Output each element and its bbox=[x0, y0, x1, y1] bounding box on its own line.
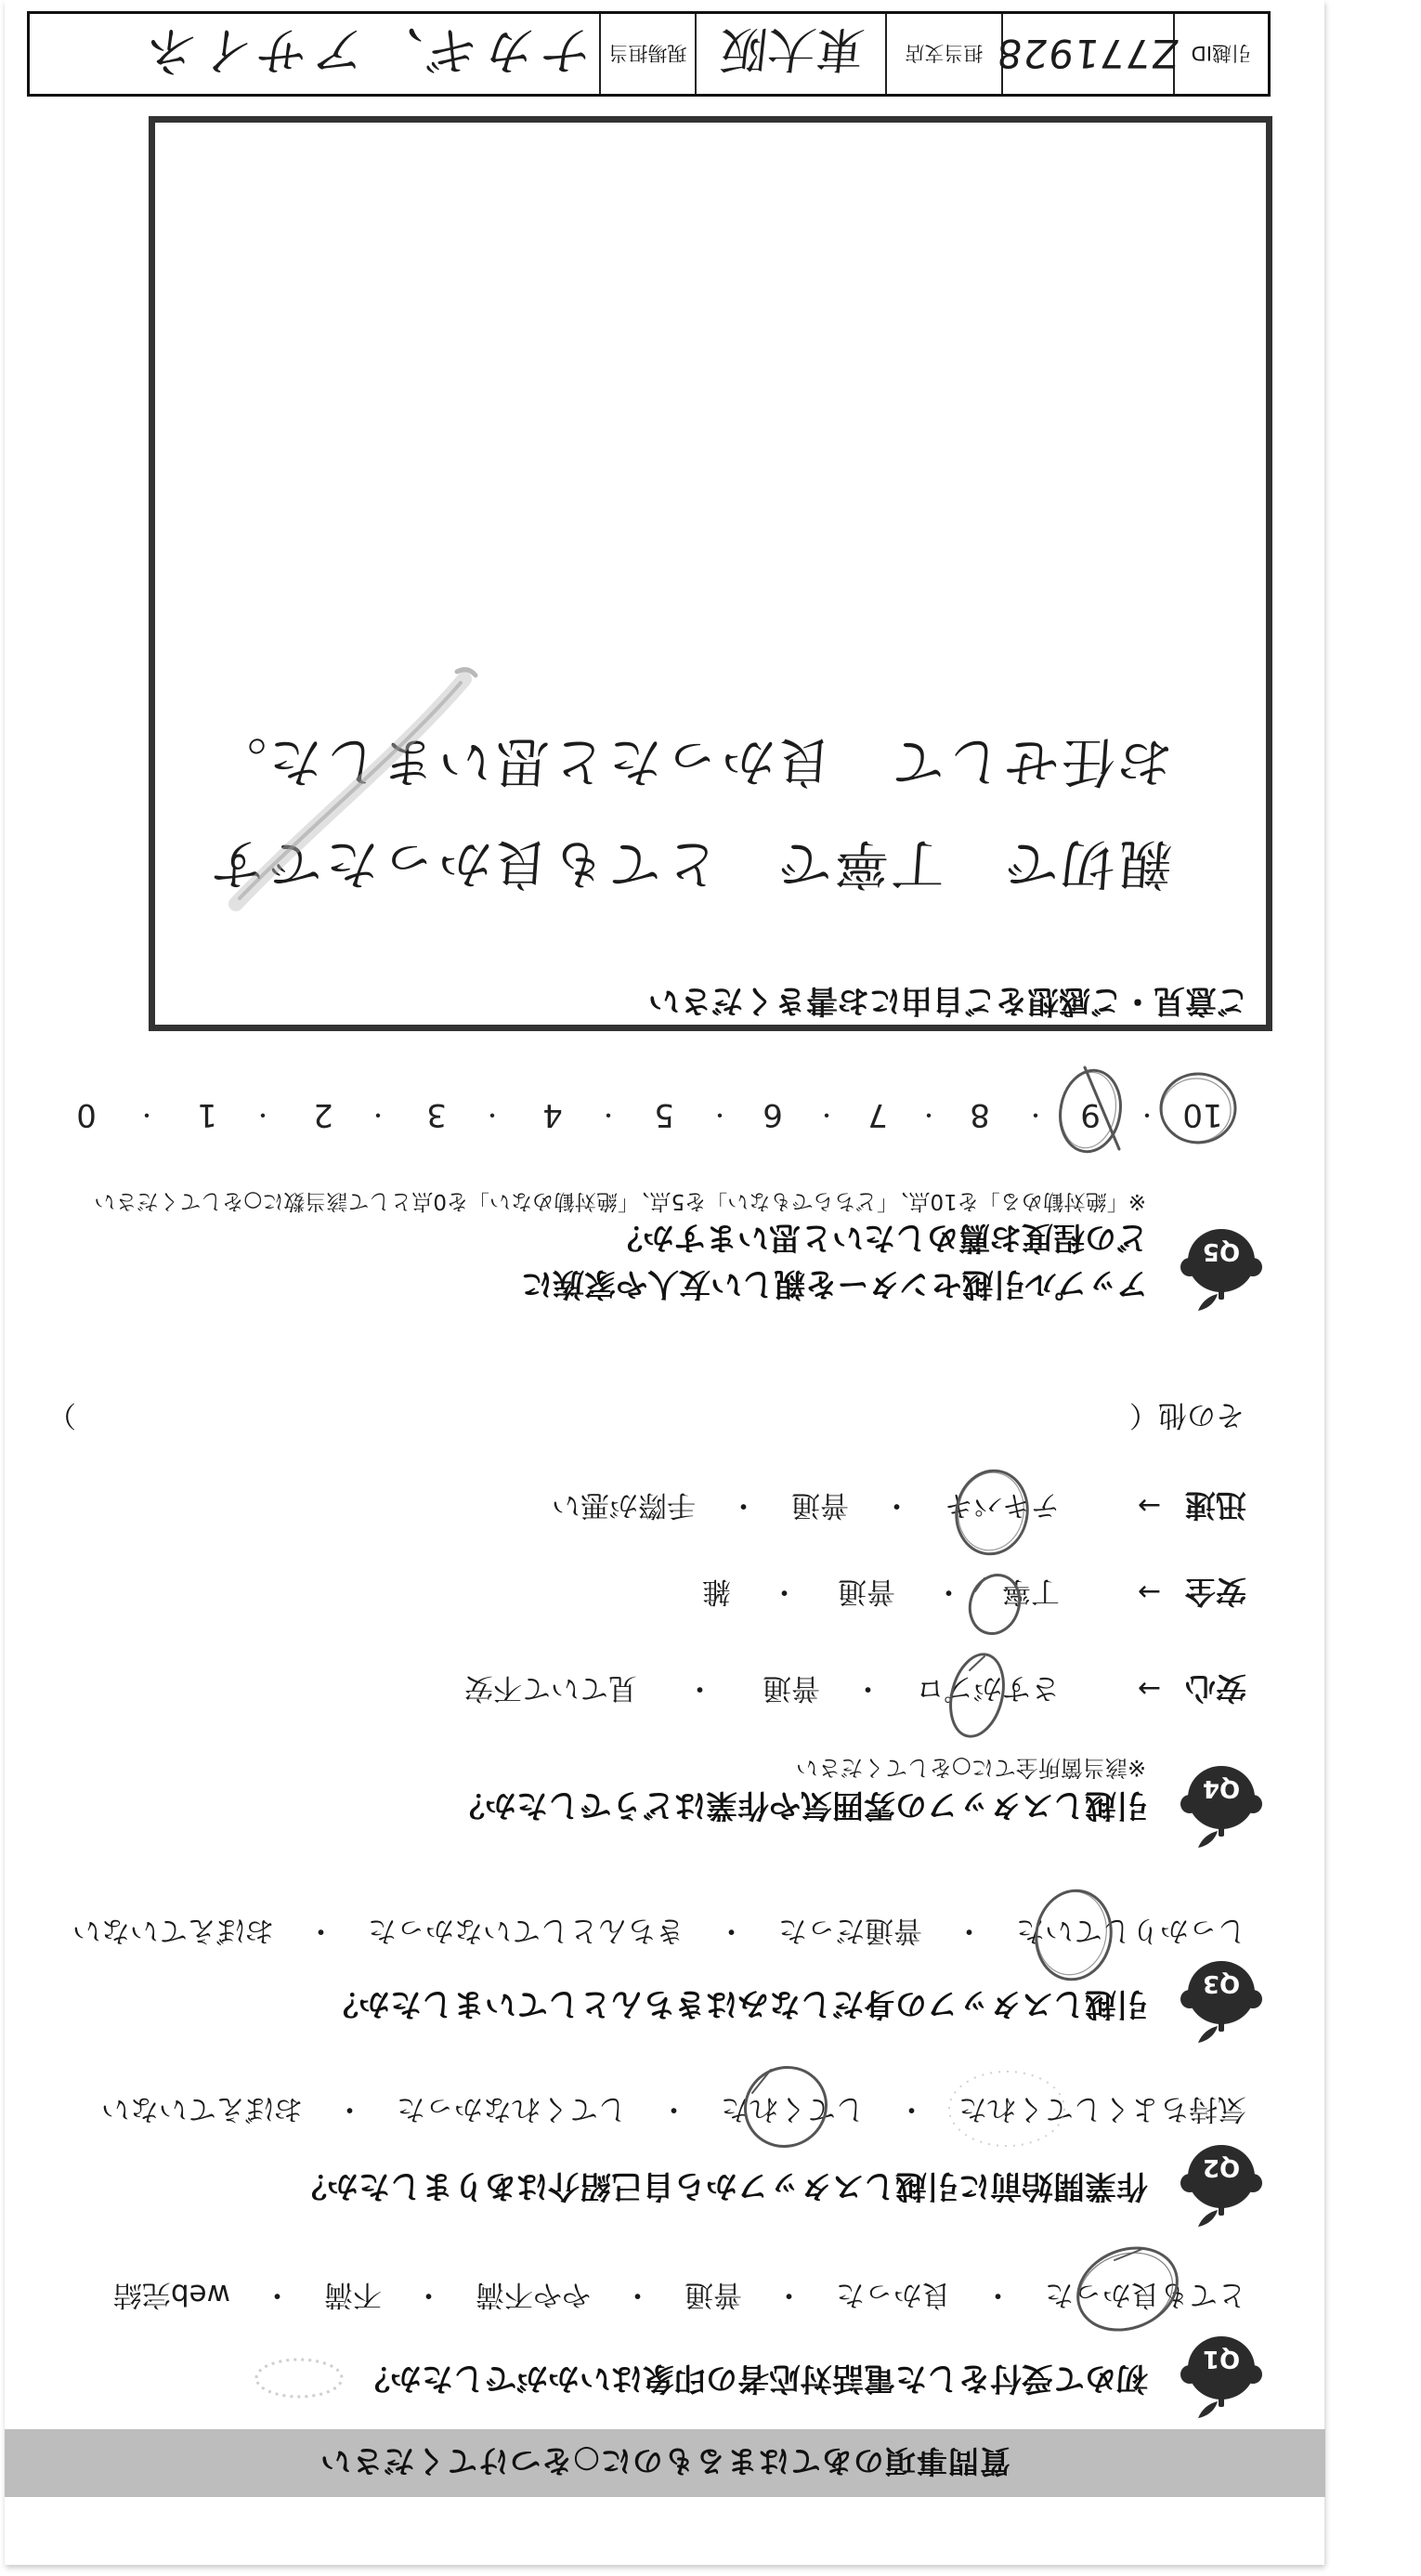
staff-label: 現場担当 bbox=[609, 40, 687, 68]
comment-box-label: ご意見・ご感想をご自由にお書きください bbox=[648, 982, 1248, 1019]
separator-dot: ・ bbox=[249, 1092, 277, 1138]
separator-dot: ・ bbox=[915, 1092, 943, 1138]
q4-row-label: 迅速 bbox=[1172, 1486, 1246, 1523]
rating-value: 8 bbox=[952, 1092, 1008, 1138]
q3-option: きちんとしていなかった bbox=[368, 1912, 684, 1949]
branch-label: 担当支店 bbox=[905, 40, 983, 68]
q4-option: テキパキ bbox=[945, 1486, 1060, 1523]
separator-dot: ・ bbox=[984, 2276, 1012, 2313]
q1-option: やや不満 bbox=[476, 2276, 591, 2313]
q5-badge-label: Q5 bbox=[1203, 1237, 1240, 1265]
q3-options: しっかりしていた ・ 普通だった ・ きちんとしていなかった ・ おぼえていない bbox=[72, 1912, 1246, 1949]
separator-dot: ・ bbox=[775, 2276, 803, 2313]
q2-badge-label: Q2 bbox=[1203, 2153, 1240, 2181]
separator-dot: ・ bbox=[133, 1092, 161, 1138]
q4-question: 引越しスタッフの雰囲気や作業はどうでしたか？ bbox=[453, 1786, 1148, 1824]
separator-dot: ・ bbox=[729, 1486, 758, 1523]
separator-dot: ・ bbox=[854, 1669, 882, 1706]
q3-badge-label: Q3 bbox=[1203, 1969, 1240, 1997]
rating-value: 6 bbox=[745, 1092, 801, 1138]
separator-dot: ・ bbox=[934, 1573, 963, 1610]
rating-value: 1 bbox=[179, 1092, 235, 1138]
separator-dot: ・ bbox=[263, 2276, 292, 2313]
separator-dot: ・ bbox=[414, 2276, 443, 2313]
q1-option: とても良かった bbox=[1045, 2276, 1246, 2313]
q1-option: 普通 bbox=[684, 2276, 742, 2313]
separator-dot: ・ bbox=[1133, 1092, 1161, 1138]
q4-option: さすがプロ bbox=[916, 1669, 1060, 1706]
separator-dot: ・ bbox=[955, 1912, 984, 1949]
separator-dot: ・ bbox=[659, 2090, 688, 2127]
q5-apple-badge-icon: Q5 bbox=[1180, 1225, 1263, 1314]
q4-apple-badge-icon: Q4 bbox=[1180, 1762, 1263, 1850]
branch-label-cell: 担当支店 bbox=[885, 14, 1000, 94]
q5-rating-scale: 10 ・ 9 ・ 8 ・ 7 ・ 6 ・ 5 ・ 4 ・ 3 ・ 2 ・ 1 ・… bbox=[0, 1092, 1421, 1138]
separator-dot: ・ bbox=[813, 1092, 841, 1138]
move-id-cell: Z771928 bbox=[1001, 14, 1173, 94]
q1-option: 不満 bbox=[324, 2276, 382, 2313]
staff-value: ナカギ、アサイネ bbox=[134, 17, 595, 91]
q4-option: 手際が悪い bbox=[552, 1486, 696, 1523]
q4-badge-label: Q4 bbox=[1203, 1774, 1240, 1802]
rating-value: 2 bbox=[295, 1092, 351, 1138]
q4-option: 雑 bbox=[702, 1573, 731, 1610]
handwritten-comment-line-1: 親切で 丁寧で とても良かったです bbox=[207, 831, 1175, 896]
separator-dot: ・ bbox=[770, 1573, 799, 1610]
q4-row-anzen: 安全 → 丁寧 ・ 普通 ・ 雑 bbox=[702, 1573, 1246, 1610]
q1-apple-badge-icon: Q1 bbox=[1180, 2333, 1263, 2421]
separator-dot: ・ bbox=[882, 1486, 911, 1523]
q3-apple-badge-icon: Q3 bbox=[1180, 1957, 1263, 2046]
q4-row-label: 安全 bbox=[1172, 1573, 1246, 1610]
separator-dot: ・ bbox=[685, 1669, 714, 1706]
q2-option: 気持ちよくしてくれた bbox=[958, 2090, 1246, 2127]
q2-question: 作業開始前に引越しスタッフから自己紹介はありましたか？ bbox=[295, 2167, 1148, 2204]
handwritten-comment-line-2: お任せして 良かったと思いました。 bbox=[207, 729, 1175, 794]
q4-option: 見ていて不安 bbox=[464, 1669, 637, 1706]
separator-dot: ・ bbox=[594, 1092, 622, 1138]
q2-option: してくれなかった bbox=[397, 2090, 627, 2127]
q3-question: 引越しスタッフの身だしなみはきちんとしていましたか？ bbox=[327, 1985, 1148, 2022]
q2-option: おぼえていない bbox=[101, 2090, 303, 2127]
q1-option: web完結 bbox=[113, 2276, 230, 2313]
q1-question: 初めて受付をした電話対応者の印象はいかがでしたか？ bbox=[359, 2360, 1148, 2397]
q4-option: 丁寧 bbox=[1002, 1573, 1060, 1610]
arrow-right-icon: → bbox=[1060, 1486, 1172, 1523]
q3-option: しっかりしていた bbox=[1016, 1912, 1246, 1949]
q2-option: してくれた bbox=[721, 2090, 865, 2127]
q5-question-line-2: どの程度お薦めしたいと思いますか？ bbox=[611, 1219, 1148, 1256]
q3-option: 普通だった bbox=[778, 1912, 922, 1949]
separator-dot: ・ bbox=[478, 1092, 506, 1138]
q4-other-label: その他（ bbox=[1129, 1396, 1245, 1433]
instruction-banner-text: 質問事項のあてはまるものに○をつけてください bbox=[319, 2441, 1010, 2485]
staff-label-cell: 現場担当 bbox=[599, 14, 695, 94]
rating-value: 5 bbox=[636, 1092, 692, 1138]
arrow-right-icon: → bbox=[1060, 1573, 1172, 1610]
separator-dot: ・ bbox=[364, 1092, 392, 1138]
rating-value: 7 bbox=[850, 1092, 906, 1138]
q5-question-line-1: アップル引越センターを親しい友人や家族に bbox=[521, 1265, 1148, 1302]
rating-value: 0 bbox=[59, 1092, 114, 1138]
q5-note: ※「絶対勧める」を10点、「どちらでもない」を5点、「絶対勧めない」を0点として… bbox=[94, 1187, 1146, 1215]
q2-apple-badge-icon: Q2 bbox=[1180, 2141, 1263, 2229]
q2-options: 気持ちよくしてくれた ・ してくれた ・ してくれなかった ・ おぼえていない bbox=[101, 2090, 1246, 2127]
branch-cell: 東大阪 bbox=[695, 14, 885, 94]
q4-option: 普通 bbox=[763, 1669, 820, 1706]
rating-value: 10 bbox=[1175, 1092, 1231, 1138]
separator-dot: ・ bbox=[335, 2090, 364, 2127]
separator-dot: ・ bbox=[1022, 1092, 1049, 1138]
q1-badge-label: Q1 bbox=[1203, 2345, 1240, 2373]
move-id-value: Z771928 bbox=[994, 32, 1180, 77]
arrow-right-icon: → bbox=[1060, 1669, 1172, 1706]
separator-dot: ・ bbox=[706, 1092, 734, 1138]
move-id-label: 引越ID bbox=[1192, 40, 1251, 68]
q4-row-label: 安心 bbox=[1172, 1669, 1246, 1706]
scanned-survey-form: 質問事項のあてはまるものに○をつけてください Q1 初めて受付をした電話対応者の… bbox=[0, 0, 1421, 2576]
q4-note: ※該当箇所全てに○をしてください bbox=[796, 1754, 1146, 1782]
separator-dot: ・ bbox=[306, 1912, 335, 1949]
staff-cell: ナカギ、アサイネ bbox=[30, 14, 599, 94]
separator-dot: ・ bbox=[623, 2276, 652, 2313]
move-info-table: 引越ID Z771928 担当支店 東大阪 現場担当 ナカギ、アサイネ bbox=[27, 11, 1271, 97]
separator-dot: ・ bbox=[717, 1912, 746, 1949]
branch-value: 東大阪 bbox=[715, 20, 867, 89]
q3-option: おぼえていない bbox=[72, 1912, 274, 1949]
q4-option: 普通 bbox=[791, 1486, 849, 1523]
move-id-label-cell: 引越ID bbox=[1173, 14, 1268, 94]
q4-option: 普通 bbox=[838, 1573, 895, 1610]
q4-row-jinsoku: 迅速 → テキパキ ・ 普通 ・ 手際が悪い bbox=[552, 1486, 1246, 1523]
rating-value: 3 bbox=[409, 1092, 464, 1138]
q4-row-anshin: 安心 → さすがプロ ・ 普通 ・ 見ていて不安 bbox=[464, 1669, 1246, 1706]
rating-value: 9 bbox=[1062, 1092, 1118, 1138]
q4-other-close-paren: ） bbox=[47, 1396, 76, 1433]
q1-option: 良かった bbox=[836, 2276, 951, 2313]
rating-value: 4 bbox=[525, 1092, 580, 1138]
q1-options: とても良かった ・ 良かった ・ 普通 ・ やや不満 ・ 不満 ・ web完結 bbox=[113, 2276, 1246, 2313]
separator-dot: ・ bbox=[897, 2090, 926, 2127]
instruction-banner: 質問事項のあてはまるものに○をつけてください bbox=[5, 2429, 1325, 2497]
